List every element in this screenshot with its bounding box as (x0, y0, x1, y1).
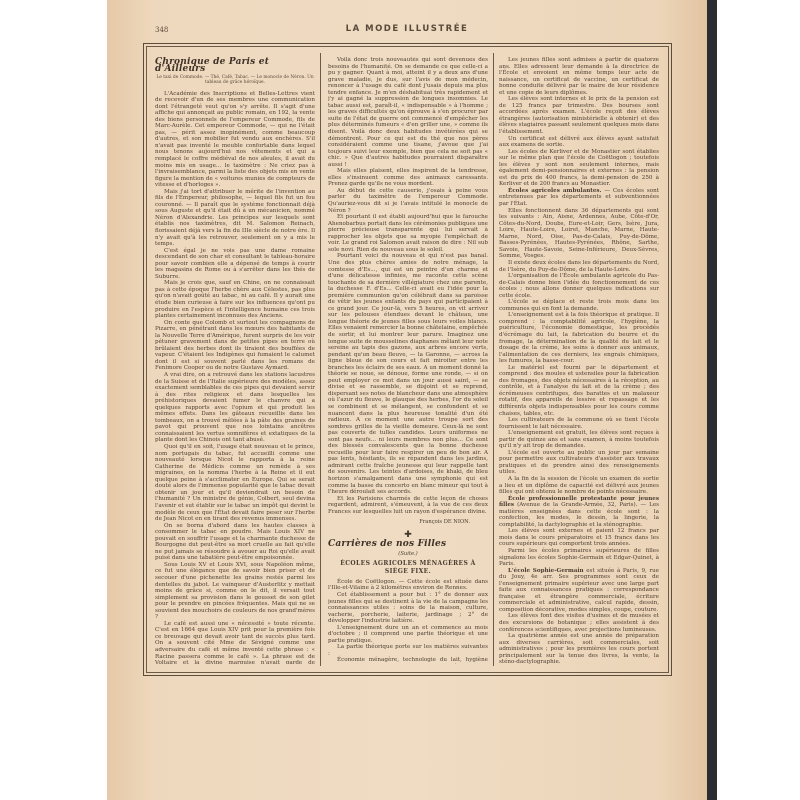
paragraph: L'enseignement dure un an et commence au… (328, 625, 488, 645)
section-subtitle: ÉCOLES AGRICOLES MÉNAGÈRES À SIÈGE FIXE. (328, 560, 488, 574)
page-header: 348 LA MODE ILLUSTRÉE (107, 24, 707, 38)
column-divider (493, 53, 494, 666)
paragraph: Pourtant voici du nouveau et qui n'est p… (328, 253, 488, 495)
sophie-body: Les élèves font des visites d'usines et … (499, 613, 659, 664)
paragraph: Économie ménagère, technologie du lait, … (328, 657, 488, 664)
paragraph: Et pourtant il est établi aujourd'hui qu… (328, 214, 488, 253)
paragraph: Les écoles de Kerliver et de Monastier s… (499, 149, 659, 188)
paragraph: Voilà donc trois nouveautés qui sont dev… (328, 57, 488, 168)
paragraph: Le café est aussi une « nécessité » tout… (155, 621, 315, 664)
paragraph: Les jeunes filles sont admises à partir … (499, 57, 659, 96)
sophie-intro: est située à Paris, 9, rue du Jouy, 4e a… (499, 568, 659, 613)
paragraph: La partie théorique porte sur les matièr… (328, 644, 488, 657)
paragraph: Sous Louis XV et Louis XVI, sous Napoléo… (155, 562, 315, 621)
column-divider (320, 53, 321, 666)
paragraph: Mais j'ai tort d'attribuer le mérite de … (155, 189, 315, 248)
paragraph: Parmi les écoles primaires supérieures d… (499, 548, 659, 568)
paragraph: L'école se déplace et reste trois mois d… (499, 299, 659, 312)
sophie-section: L'école Sophie-Germain est située à Pari… (499, 568, 659, 614)
paragraph: Mais je crois que, sauf en Chine, on ne … (155, 280, 315, 319)
paragraph: Un certificat est délivré aux élèves aya… (499, 136, 659, 149)
paragraph: Au début de cette causerie, j'osais à pe… (328, 188, 488, 214)
paragraph: Cet établissement a pour but : 1° de don… (328, 592, 488, 625)
ambulantes-section: Écoles agricoles ambulantes. — Ces école… (499, 188, 659, 208)
paragraph: Les cultivateurs de la commune où se tie… (499, 417, 659, 430)
chronique-body: L'Académie des Inscriptions et Belles-Le… (155, 91, 315, 665)
book-spine (707, 0, 717, 800)
paragraph: Les élèves sont externes et paient 12 fr… (499, 528, 659, 548)
inner-border: Chronique de Paris et d'Ailleurs Le taxi… (146, 46, 669, 673)
paragraph: On conte que Colomb et surtout les compa… (155, 320, 315, 372)
carrieres-title: Carrières de nos Filles (328, 541, 488, 548)
carrieres-body-continued: Les jeunes filles sont admises à partir … (499, 57, 659, 188)
author-signature: François DE NION. (328, 519, 470, 526)
carrieres-body: École de Coëtlogon. — Cette école est si… (328, 579, 488, 664)
column-3: Les jeunes filles sont admises à partir … (499, 57, 659, 664)
chronique-body-continued: Voilà donc trois nouveautés qui sont dev… (328, 57, 488, 515)
ambulantes-body: Elles fonctionnent dans 36 départements … (499, 208, 659, 496)
paragraph: Il existe deux écoles dans les départeme… (499, 260, 659, 273)
protestante-intro: (Avenue de la Grande-Armée, 32, Paris). … (499, 502, 659, 528)
sophie-heading: L'école Sophie-Germain (508, 568, 584, 574)
paragraph: L'Académie des Inscriptions et Belles-Le… (155, 91, 315, 189)
cross-ornament-icon: ✚ (328, 532, 488, 539)
paragraph: A vrai dire, on a retrouvé dans les stat… (155, 372, 315, 444)
paragraph: L'enseignement est gratuit, les élèves s… (499, 430, 659, 450)
protestante-body: Les élèves sont externes et paient 12 fr… (499, 528, 659, 567)
paragraph: Les élèves font des visites d'usines et … (499, 613, 659, 633)
content-frame: Chronique de Paris et d'Ailleurs Le taxi… (143, 43, 672, 676)
paragraph: La quatrième année est une année de prép… (499, 633, 659, 664)
paragraph: Quoi qu'il en soit, l'usage était nouvea… (155, 444, 315, 523)
paragraph: Les élèves sont internes et le prix de l… (499, 96, 659, 135)
column-2: Voilà donc trois nouveautés qui sont dev… (328, 57, 488, 664)
paragraph: L'enseignement est à la fois théorique e… (499, 312, 659, 364)
suite-label: (Suite.) (328, 551, 488, 558)
paragraph: Elles fonctionnent dans 36 départements … (499, 208, 659, 260)
paragraph: École de Coëtlogon. — Cette école est si… (328, 579, 488, 592)
paragraph: Et les Parisiens charmés de cette leçon … (328, 496, 488, 516)
column-1: Chronique de Paris et d'Ailleurs Le taxi… (155, 57, 315, 664)
chronique-subtitle: Le taxi de Commode. — Thé, Café, Tabac. … (155, 75, 315, 85)
magazine-page: 348 LA MODE ILLUSTRÉE Chronique de Paris… (107, 0, 707, 800)
magazine-title: LA MODE ILLUSTRÉE (107, 24, 707, 34)
paragraph: A la fin de la session de l'école un exa… (499, 476, 659, 496)
paragraph: On se borna d'abord dans les hautes clas… (155, 523, 315, 562)
paragraph: C'est égal je ne vois pas une dame romai… (155, 248, 315, 281)
paragraph: L'organisation de l'École ambulante agri… (499, 273, 659, 299)
paragraph: Le matériel est fourni par le départemen… (499, 365, 659, 417)
protestante-section: École professionnelle protestante pour j… (499, 496, 659, 529)
paragraph: L'école est ouverte au public un jour pa… (499, 450, 659, 476)
chronique-title: Chronique de Paris et d'Ailleurs (155, 59, 315, 72)
paragraph: Mais elles plaisent, elles inspirent de … (328, 168, 488, 188)
